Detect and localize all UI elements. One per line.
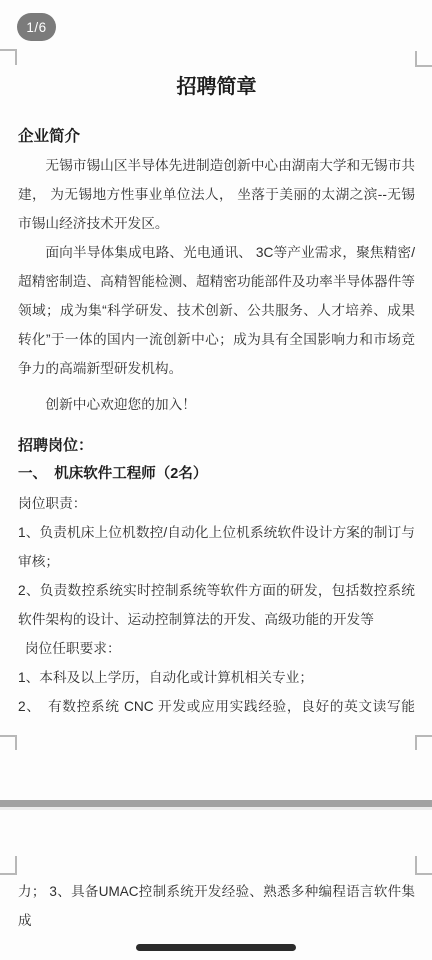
requirements-heading: 岗位任职要求： — [18, 634, 415, 663]
welcome-line: 创新中心欢迎您的加入！ — [18, 390, 415, 419]
document-viewer-screen[interactable]: 招聘简章 企业简介 无锡市锡山区半导体先进制造创新中心由湖南大学和无锡市共建， … — [0, 0, 432, 960]
duty-item-1: 1、负责机床上位机数控/自动化上位机系统软件设计方案的制订与审核； — [18, 518, 415, 576]
job1-title: 一、 机床软件工程师（2名） — [18, 460, 415, 489]
page2-top-right-boundary-mark — [415, 856, 432, 875]
requirement-item-2: 2、 有数控系统 CNC 开发或应用实践经验，良好的英文读写能 — [18, 692, 415, 721]
home-indicator-bar[interactable] — [136, 944, 296, 951]
company-intro-paragraph-1: 无锡市锡山区半导体先进制造创新中心由湖南大学和无锡市共建， 为无锡地方性事业单位… — [18, 151, 415, 238]
page2-top-left-boundary-mark — [0, 856, 17, 875]
company-intro-heading: 企业简介 — [18, 122, 415, 151]
positions-heading: 招聘岗位： — [18, 431, 415, 460]
document-page-1: 招聘简章 企业简介 无锡市锡山区半导体先进制造创新中心由湖南大学和无锡市共建， … — [0, 0, 432, 721]
requirement-item-1: 1、本科及以上学历，自动化或计算机相关专业； — [18, 663, 415, 692]
page2-overflow-line: 力； 3、具备UMAC控制系统开发经验、熟悉多种编程语言软件集成 — [18, 877, 415, 935]
document-title: 招聘简章 — [18, 72, 415, 102]
page-indicator-label: 1/6 — [26, 20, 46, 35]
page-separator-bar — [0, 800, 432, 807]
duty-item-2: 2、负责数控系统实时控制系统等软件方面的研发，包括数控系统软件架构的设计、运动控… — [18, 576, 415, 634]
company-intro-paragraph-2: 面向半导体集成电路、光电通讯、 3C等产业需求，聚焦精密/超精密制造、高精智能检… — [18, 238, 415, 383]
page1-bottom-left-boundary-mark — [0, 735, 17, 750]
page1-bottom-right-boundary-mark — [415, 735, 432, 750]
duties-heading: 岗位职责： — [18, 489, 415, 518]
page-indicator-badge: 1/6 — [17, 13, 56, 41]
